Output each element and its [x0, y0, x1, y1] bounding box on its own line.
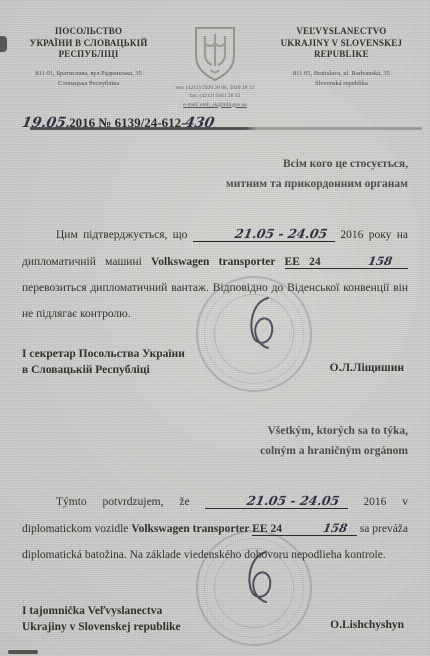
body-paragraph-uk: Цим підтверджується, що 21.05 - 24.05 20… [22, 220, 408, 328]
org-address-uk-line: Словацька Республіка [8, 79, 169, 89]
letterhead-slovak: VEĽVYSLANECTVO UKRAJINY V SLOVENSKEJ REP… [261, 26, 422, 109]
org-name-uk-line: УКРАЇНИ В СЛОВАЦЬКІЙ [8, 38, 169, 50]
signature-block-uk: І секретар Посольства України в Словацьк… [22, 346, 404, 379]
org-address-uk-line: 811 01, Братислава, вул.Радванська, 35 [8, 69, 169, 79]
signer-role-sk-line: Ukrajiny v Slovenskej republike [22, 619, 181, 636]
contact-phone: тел. (4212) 5920 28 66, 5920 28 33 [169, 84, 261, 92]
addressee-sk-line: Všetkým, ktorých sa to týka, [0, 421, 408, 441]
signer-name-sk: O.Lishchyshyn [330, 617, 404, 634]
contact-fax: fax. (4212) 5441 26 32 [169, 92, 261, 100]
vehicle-model-uk: Volkswagen transporter [151, 256, 284, 268]
vehicle-model-sk: Volkswagen transporter [131, 523, 252, 535]
org-name-sk-line: UKRAJINY V SLOVENSKEJ [261, 38, 422, 50]
body-paragraph-sk: Týmto potvrdzujem, že 21.05 - 24.05 2016… [22, 487, 408, 569]
addressee-uk-line: Всім кого це стосується, [0, 154, 408, 174]
reference-line: 19.05.2016 № 6139/24-612-430 [22, 115, 430, 131]
org-name-uk-line: РЕСПУБЛІЦІ [8, 49, 169, 61]
org-name-sk-line: VEĽVYSLANECTVO [261, 26, 422, 38]
handwritten-dates-uk: 21.05 - 24.05 [198, 220, 329, 248]
uk-text: перевозиться дипломатичний вантаж. Відпо… [22, 282, 408, 320]
scanned-diplomatic-letter: ПОСОЛЬСТВО УКРАЇНИ В СЛОВАЦЬКІЙ РЕСПУБЛІ… [0, 0, 430, 656]
org-address-sk-line: 811 05, Bratislava, ul. Radvanská, 35 [261, 69, 422, 79]
handwritten-ref-suffix: 430 [184, 115, 216, 131]
sk-text: Týmto potvrdzujem, že [56, 496, 205, 508]
signer-role-sk-line: I tajomnička Veľvyslanectva [22, 603, 181, 620]
org-address-sk-line: Slovenská republika [261, 79, 422, 89]
signature-block-sk: I tajomnička Veľvyslanectva Ukrajiny v S… [22, 603, 404, 636]
plate-number-uk: ЕЕ 24 [285, 256, 334, 269]
handwritten-plate-sk: 158 [287, 516, 350, 542]
addressee-uk: Всім кого це стосується, митним та прико… [0, 154, 408, 194]
uk-text: Цим підтверджується, що [56, 229, 193, 241]
letterhead: ПОСОЛЬСТВО УКРАЇНИ В СЛОВАЦЬКІЙ РЕСПУБЛІ… [0, 0, 430, 109]
contact-email: e-mail: emb_sk@mfa.gov.ua [169, 101, 261, 109]
addressee-uk-line: митним та прикордонним органам [0, 174, 408, 194]
signer-role-uk-line: в Словацькій Республіці [22, 362, 185, 379]
org-name-uk-line: ПОСОЛЬСТВО [8, 26, 169, 38]
letterhead-center: тел. (4212) 5920 28 66, 5920 28 33 fax. … [169, 26, 261, 109]
handwritten-plate-uk: 158 [332, 249, 395, 275]
letterhead-ukrainian: ПОСОЛЬСТВО УКРАЇНИ В СЛОВАЦЬКІЙ РЕСПУБЛІ… [8, 26, 169, 109]
handwritten-signature-icon [236, 546, 282, 610]
addressee-sk-line: colným a hraničným orgánom [0, 441, 408, 461]
scan-edge-artifact [8, 650, 38, 654]
handwritten-date: 19.05 [21, 115, 68, 131]
signer-role-uk-line: І секретар Посольства України [22, 346, 185, 363]
org-name-sk-line: REPUBLIKE [261, 49, 422, 61]
handwritten-signature-icon [238, 292, 284, 356]
signer-name-uk: О.Л.Ліщишин [330, 360, 404, 377]
ukraine-trident-shield-icon [192, 26, 238, 82]
handwritten-dates-sk: 21.05 - 24.05 [211, 487, 342, 515]
reference-number: .2016 № 6139/24-612- [66, 115, 186, 130]
plate-number-sk: EE 24 [252, 523, 289, 536]
addressee-sk: Všetkým, ktorých sa to týka, colným a hr… [0, 421, 408, 461]
